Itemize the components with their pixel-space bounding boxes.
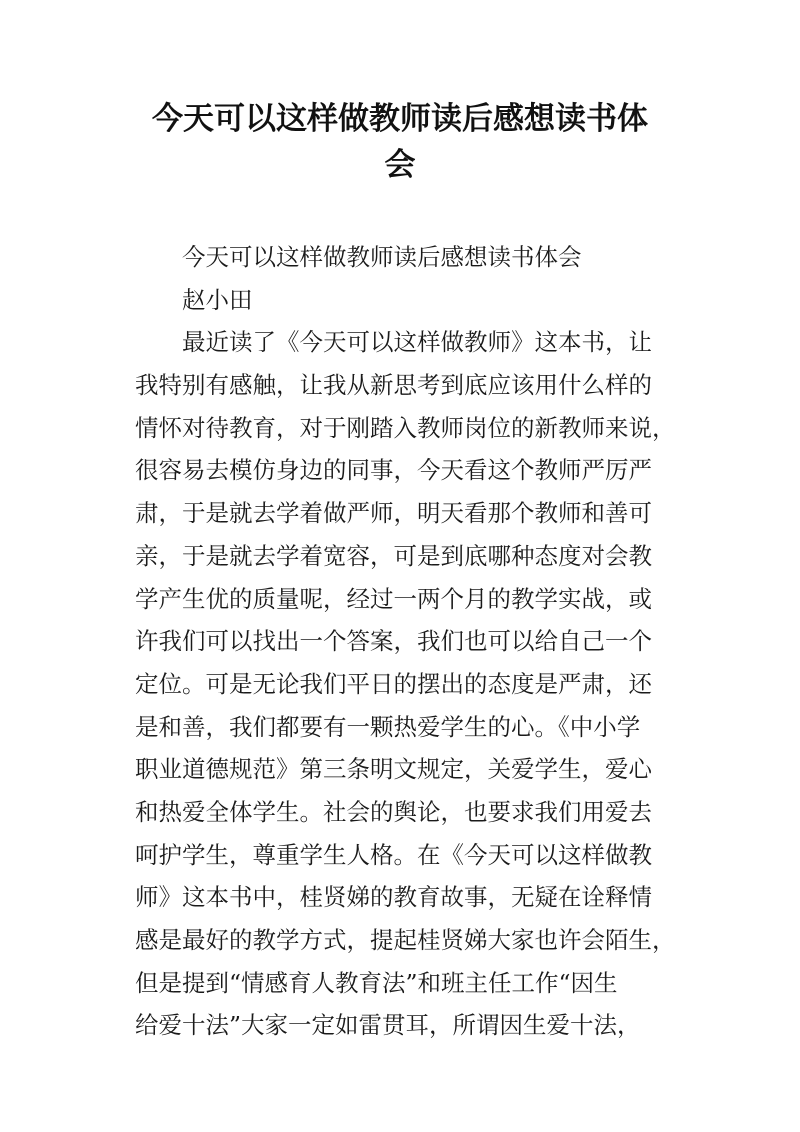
- document-body: 今天可以这样做教师读后感想读书体会 赵小田 最近读了《今天可以这样做教师》这本书…: [135, 236, 675, 1047]
- paragraph-line: 是和善，我们都要有一颗热爱学生的心。《中小学: [135, 706, 675, 749]
- document-title: 今天可以这样做教师读后感想读书体 会: [100, 96, 700, 188]
- paragraph-line: 肃，于是就去学着做严师，明天看那个教师和善可: [135, 492, 675, 535]
- paragraph-line: 情怀对待教育，对于刚踏入教师岗位的新教师来说，: [135, 407, 675, 450]
- paragraph-line: 感是最好的教学方式，提起桂贤娣大家也许会陌生，: [135, 919, 675, 962]
- paragraph-line: 但是提到“情感育人教育法”和班主任工作“因生: [135, 962, 675, 1005]
- paragraph-line: 和热爱全体学生。社会的舆论，也要求我们用爱去: [135, 791, 675, 834]
- title-line-1: 今天可以这样做教师读后感想读书体: [100, 96, 700, 142]
- document-page: 今天可以这样做教师读后感想读书体 会 今天可以这样做教师读后感想读书体会 赵小田…: [0, 0, 800, 1132]
- paragraph-line: 呵护学生，尊重学生人格。在《今天可以这样做教: [135, 834, 675, 877]
- paragraph-line: 学产生优的质量呢，经过一两个月的教学实战，或: [135, 578, 675, 621]
- paragraph-line: 最近读了《今天可以这样做教师》这本书，让: [135, 321, 675, 364]
- paragraph-line: 亲，于是就去学着宽容，可是到底哪种态度对会教: [135, 535, 675, 578]
- paragraph-line: 许我们可以找出一个答案，我们也可以给自己一个: [135, 620, 675, 663]
- subtitle: 今天可以这样做教师读后感想读书体会: [135, 236, 675, 279]
- paragraph-line: 给爱十法”大家一定如雷贯耳，所谓因生爱十法，: [135, 1004, 675, 1047]
- author: 赵小田: [135, 279, 675, 322]
- paragraph-line: 我特别有感触，让我从新思考到底应该用什么样的: [135, 364, 675, 407]
- paragraph-line: 师》这本书中，桂贤娣的教育故事，无疑在诠释情: [135, 876, 675, 919]
- paragraph-line: 职业道德规范》第三条明文规定，关爱学生，爱心: [135, 748, 675, 791]
- paragraph-line: 很容易去模仿身边的同事，今天看这个教师严厉严: [135, 449, 675, 492]
- paragraph-line: 定位。可是无论我们平日的摆出的态度是严肃，还: [135, 663, 675, 706]
- title-line-2: 会: [100, 142, 700, 188]
